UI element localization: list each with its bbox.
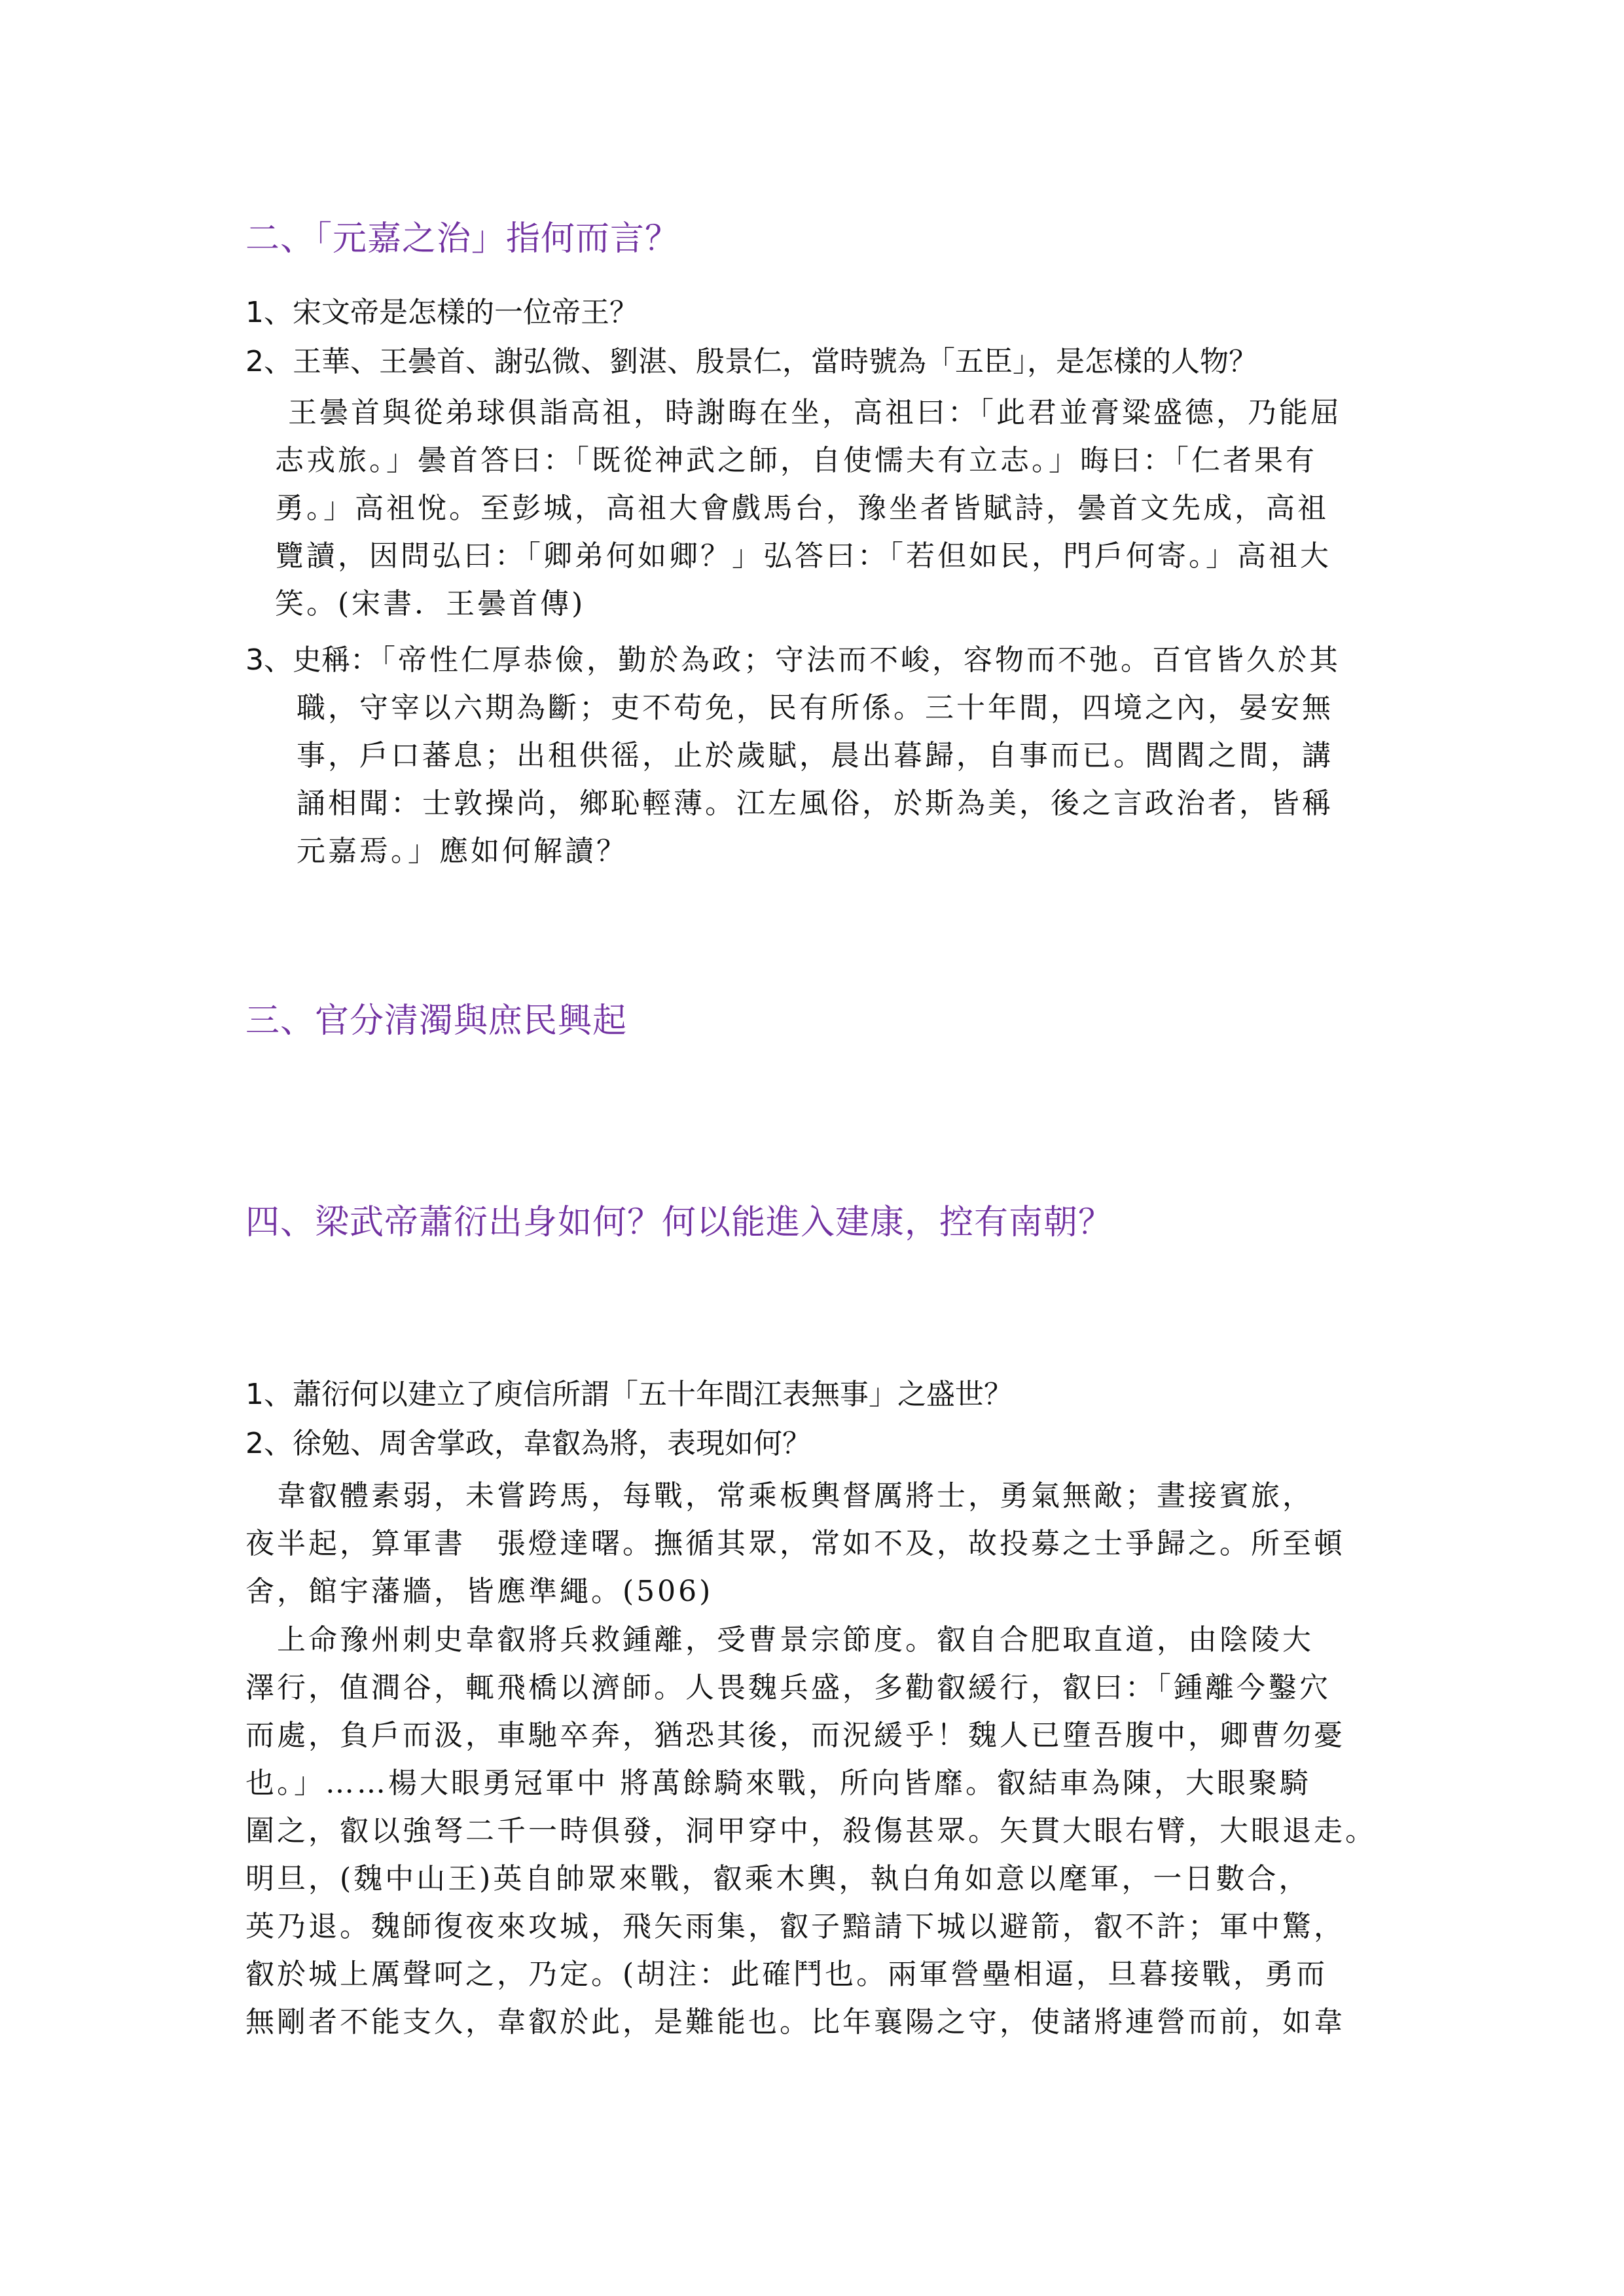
quote-line: 志戎旅。」曇首答曰：「既從神武之師，自使懦夫有立志。」晦曰：「仁者果有 xyxy=(275,444,1317,478)
section-3-heading: 三、官分清濁與庶民興起 xyxy=(245,1001,627,1041)
quote-line: 覽讀，因問弘曰：「卿弟何如卿？」弘答曰：「若但如民，門戶何寄。」高祖大 xyxy=(275,539,1331,573)
quote-line: 笑。(宋書．王曇首傳) xyxy=(275,587,585,621)
section-4-question-1: 1、蕭衍何以建立了庾信所謂「五十年間江表無事」之盛世？ xyxy=(245,1378,1013,1412)
quote-line: 而處，負戶而汲，車馳卒奔，猶恐其後，而況緩乎！魏人已墮吾腹中，卿曹勿憂 xyxy=(245,1719,1345,1753)
quote-line: 「帝性仁厚恭儉，勤於為政；守法而不峻，容物而不弛。百官皆久於其 xyxy=(367,643,1341,677)
section-2-heading: 二、「元嘉之治」指何而言？ xyxy=(245,219,679,259)
section-2-question-1: 1、宋文帝是怎樣的一位帝王？ xyxy=(245,296,638,330)
quote-line: 王曇首與從弟球俱詣高祖，時謝晦在坐，高祖曰：「此君並膏粱盛德，乃能屈 xyxy=(288,396,1342,430)
quote-line: 澤行，值澗谷，輒飛橋以濟師。人畏魏兵盛，多勸叡緩行，叡曰：「鍾離今鑿穴 xyxy=(245,1671,1331,1705)
quote-line: 舍，館宇藩牆，皆應準繩。(506) xyxy=(245,1575,713,1609)
quote-line: 英乃退。魏師復夜來攻城，飛矢雨集，叡子黯請下城以避箭，叡不許；軍中驚， xyxy=(245,1910,1345,1944)
section-4-question-2: 2、徐勉、周舍掌政，韋叡為將，表現如何？ xyxy=(245,1427,811,1461)
quote-line: 職，守宰以六期為斷；吏不苟免，民有所係。三十年間，四境之內，晏安無 xyxy=(297,691,1333,725)
quote-line: 無剛者不能支久，韋叡於此，是難能也。比年襄陽之守，使諸將連營而前，如韋 xyxy=(245,2005,1345,2039)
quote-line: 叡於城上厲聲呵之，乃定。(胡注：此確鬥也。兩軍營壘相逼，旦暮接戰，勇而 xyxy=(245,1958,1327,1992)
quote-line: 也。」……楊大眼勇冠軍中 將萬餘騎來戰，所向皆靡。叡結車為陳，大眼聚騎 xyxy=(245,1767,1311,1801)
quote-line: 元嘉焉。」應如何解讀？ xyxy=(297,834,628,869)
section-2-question-3-label: 3、史稱： xyxy=(245,643,379,677)
section-2-question-2: 2、王華、王曇首、謝弘微、劉湛、殷景仁，當時號為「五臣」，是怎樣的人物？ xyxy=(245,345,1257,379)
quote-line: 夜半起，算軍書 張燈達曙。撫循其眾，常如不及，故投募之士爭歸之。所至頓 xyxy=(245,1527,1345,1561)
quote-line: 圍之，叡以強弩二千一時俱發，洞甲穿中，殺傷甚眾。矢貫大眼右臂，大眼退走。 xyxy=(245,1814,1377,1848)
quote-line: 韋叡體素弱，未嘗跨馬，每戰，常乘板輿督厲將士，勇氣無敵；晝接賓旅， xyxy=(245,1479,1314,1513)
quote-line: 事，戶口蕃息；出租供徭，止於歲賦，晨出暮歸，自事而已。閭閻之間，講 xyxy=(297,739,1333,773)
quote-line: 明旦，(魏中山王)英自帥眾來戰，叡乘木輿，執白角如意以麾軍，一日數合， xyxy=(245,1862,1310,1896)
quote-line: 上命豫州刺史韋叡將兵救鍾離，受曹景宗節度。叡自合肥取直道，由陰陵大 xyxy=(245,1623,1314,1657)
section-4-heading: 四、梁武帝蕭衍出身如何？何以能進入建康，控有南朝？ xyxy=(245,1203,1113,1242)
quote-line: 誦相聞：士敦操尚，鄉恥輕薄。江左風俗，於斯為美，後之言政治者，皆稱 xyxy=(297,787,1333,821)
quote-line: 勇。」高祖悅。至彭城，高祖大會戲馬台，豫坐者皆賦詩，曇首文先成，高祖 xyxy=(275,492,1329,526)
